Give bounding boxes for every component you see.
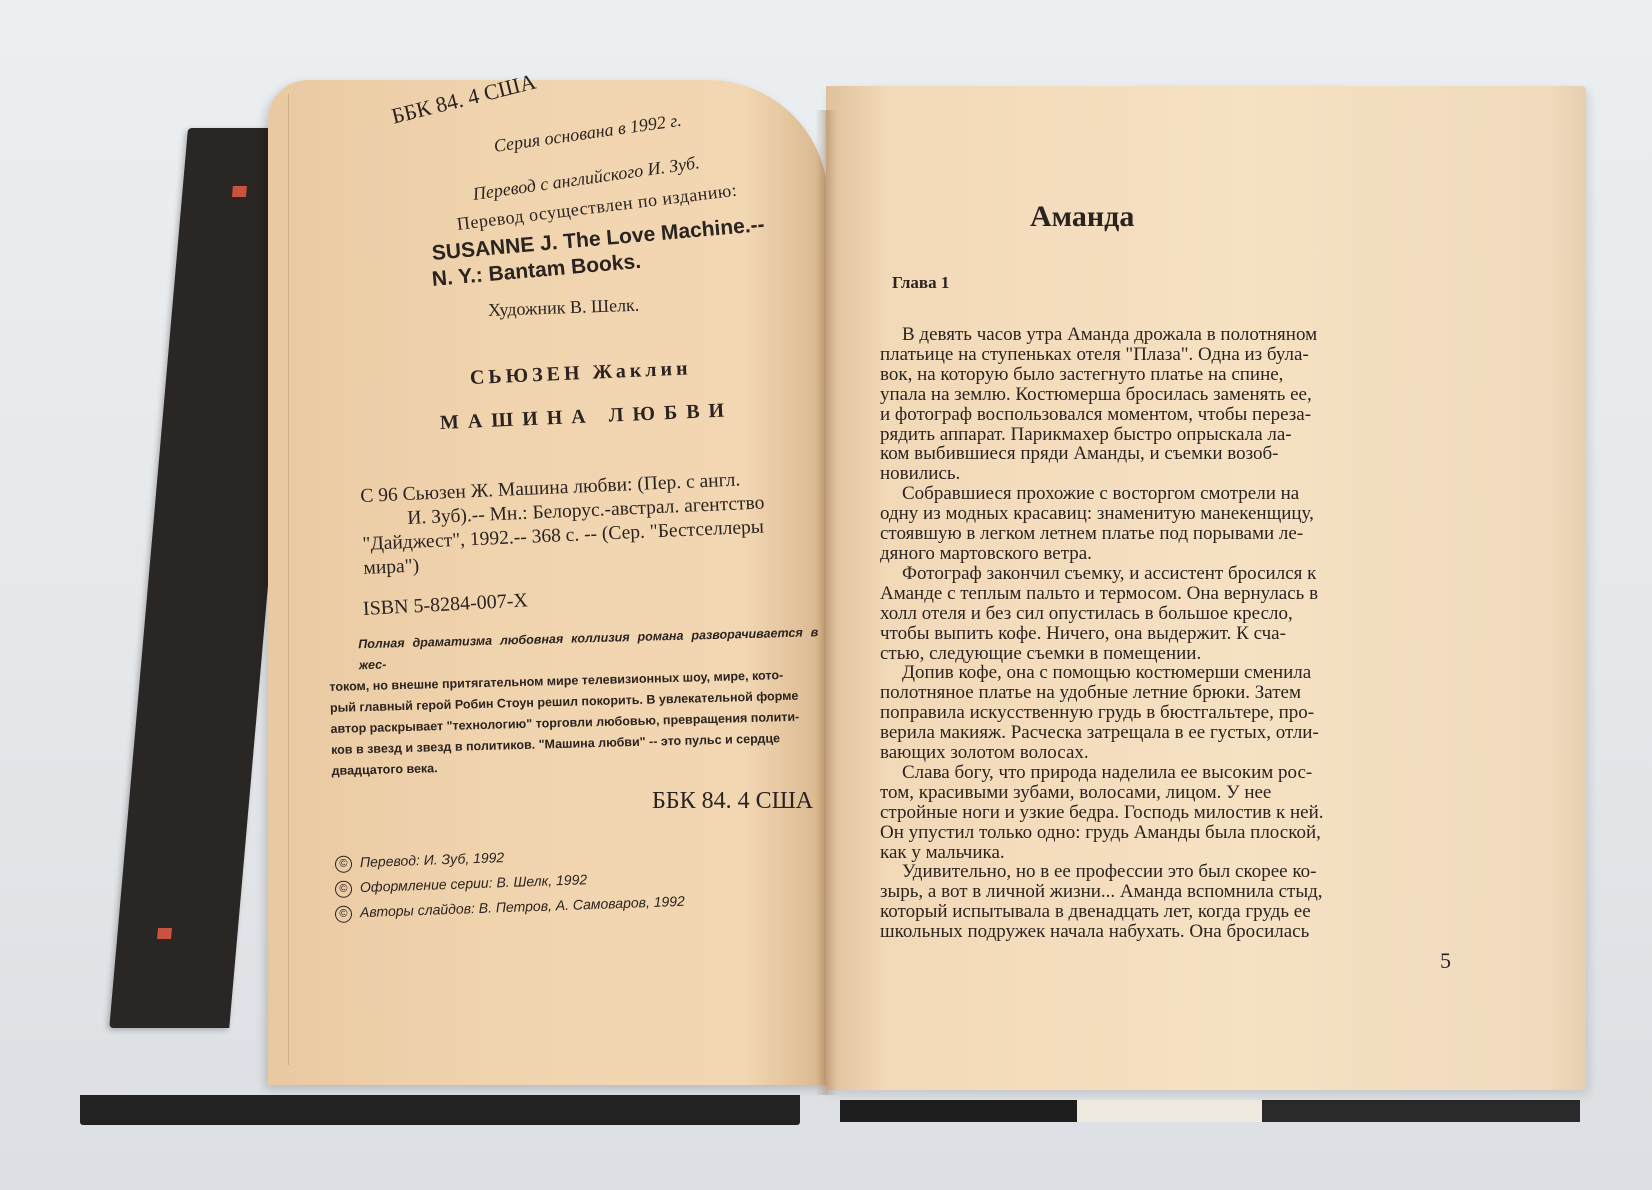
paragraph-line: полотняное платье на удобные летние брюк… — [880, 683, 1445, 703]
paragraph-line: школьных подружек начала набухать. Она б… — [880, 922, 1445, 942]
bbk-code-bottom: ББК 84. 4 США — [652, 788, 813, 815]
paragraph-line: одну из модных красавиц: знаменитую мане… — [880, 504, 1445, 524]
part-title: Аманда — [1030, 200, 1134, 234]
copyright-icon: © — [335, 880, 353, 898]
paragraph-line: том, красивыми зубами, волосами, лицом. … — [880, 783, 1445, 803]
paragraph-line: Допив кофе, она с помощью костюмерши сме… — [880, 663, 1445, 683]
paragraph-line: который испытывала в двенадцать лет, ког… — [880, 902, 1445, 922]
paragraph-line: дяного мартовского ветра. — [880, 544, 1445, 564]
paragraph-line: и фотограф воспользовался моментом, чтоб… — [880, 405, 1445, 425]
paragraph-line: Собравшиеся прохожие с восторгом смотрел… — [880, 484, 1445, 504]
paragraph-line: новились. — [880, 464, 1445, 484]
annotation: Полная драматизма любовная коллизия рома… — [328, 622, 822, 782]
paragraph-line: рядить аппарат. Парикмахер быстро опрыск… — [880, 425, 1445, 445]
copyright-icon: © — [335, 855, 353, 873]
paragraph-line: поправила искусственную грудь в бюстгаль… — [880, 703, 1445, 723]
paragraph-line: верила макияж. Расческа затрещала в ее г… — [880, 723, 1445, 743]
paragraph-line: Он упустил только одно: грудь Аманды был… — [880, 823, 1445, 843]
chapter-heading: Глава 1 — [892, 273, 949, 293]
paragraph-line: стью, следующие съемки в помещении. — [880, 644, 1445, 664]
paragraph-line: вающих золотом волосах. — [880, 743, 1445, 763]
paragraph-line: Фотограф закончил съемку, и ассистент бр… — [880, 564, 1445, 584]
book-cover-bottom-right-edge — [840, 1100, 1580, 1122]
book-cover-bottom-edge — [80, 1095, 800, 1125]
book-gutter — [815, 110, 837, 1095]
paragraph-line: как у мальчика. — [880, 843, 1445, 863]
paragraph-line: стоявшую в легком летнем платье под поры… — [880, 524, 1445, 544]
cover-red-mark — [232, 186, 247, 197]
paragraph-line: Аманде с теплым пальто и термосом. Она в… — [880, 584, 1445, 604]
paragraph-line: упала на землю. Костюмерша бросилась зам… — [880, 385, 1445, 405]
paragraph-line: чтобы выпить кофе. Ничего, она выдержит.… — [880, 624, 1445, 644]
copyright-icon: © — [335, 905, 353, 923]
paragraph-line: зырь, а вот в личной жизни... Аманда всп… — [880, 882, 1445, 902]
chapter-body: В девять часов утра Аманда дрожала в пол… — [880, 325, 1445, 942]
catalog-entry: С 96 Сьюзен Ж. Машина любви: (Пер. с анг… — [360, 465, 834, 581]
catalog-code: С 96 — [360, 484, 398, 507]
paragraph-line: Удивительно, но в ее профессии это был с… — [880, 862, 1445, 882]
page-number: 5 — [1440, 948, 1451, 974]
paragraph-line: вок, на которую было застегнуто платье н… — [880, 365, 1445, 385]
paragraph-line: стройные ноги и узкие бедра. Господь мил… — [880, 803, 1445, 823]
paragraph-line: холл отеля и без сил опустилась в большо… — [880, 604, 1445, 624]
paragraph-line: В девять часов утра Аманда дрожала в пол… — [880, 325, 1445, 345]
paragraph-line: Слава богу, что природа наделила ее высо… — [880, 763, 1445, 783]
cover-red-mark — [157, 928, 172, 939]
paragraph-line: ком выбившиеся пряди Аманды, и съемки во… — [880, 444, 1445, 464]
paragraph-line: платьице на ступеньках отеля "Плаза". Од… — [880, 345, 1445, 365]
